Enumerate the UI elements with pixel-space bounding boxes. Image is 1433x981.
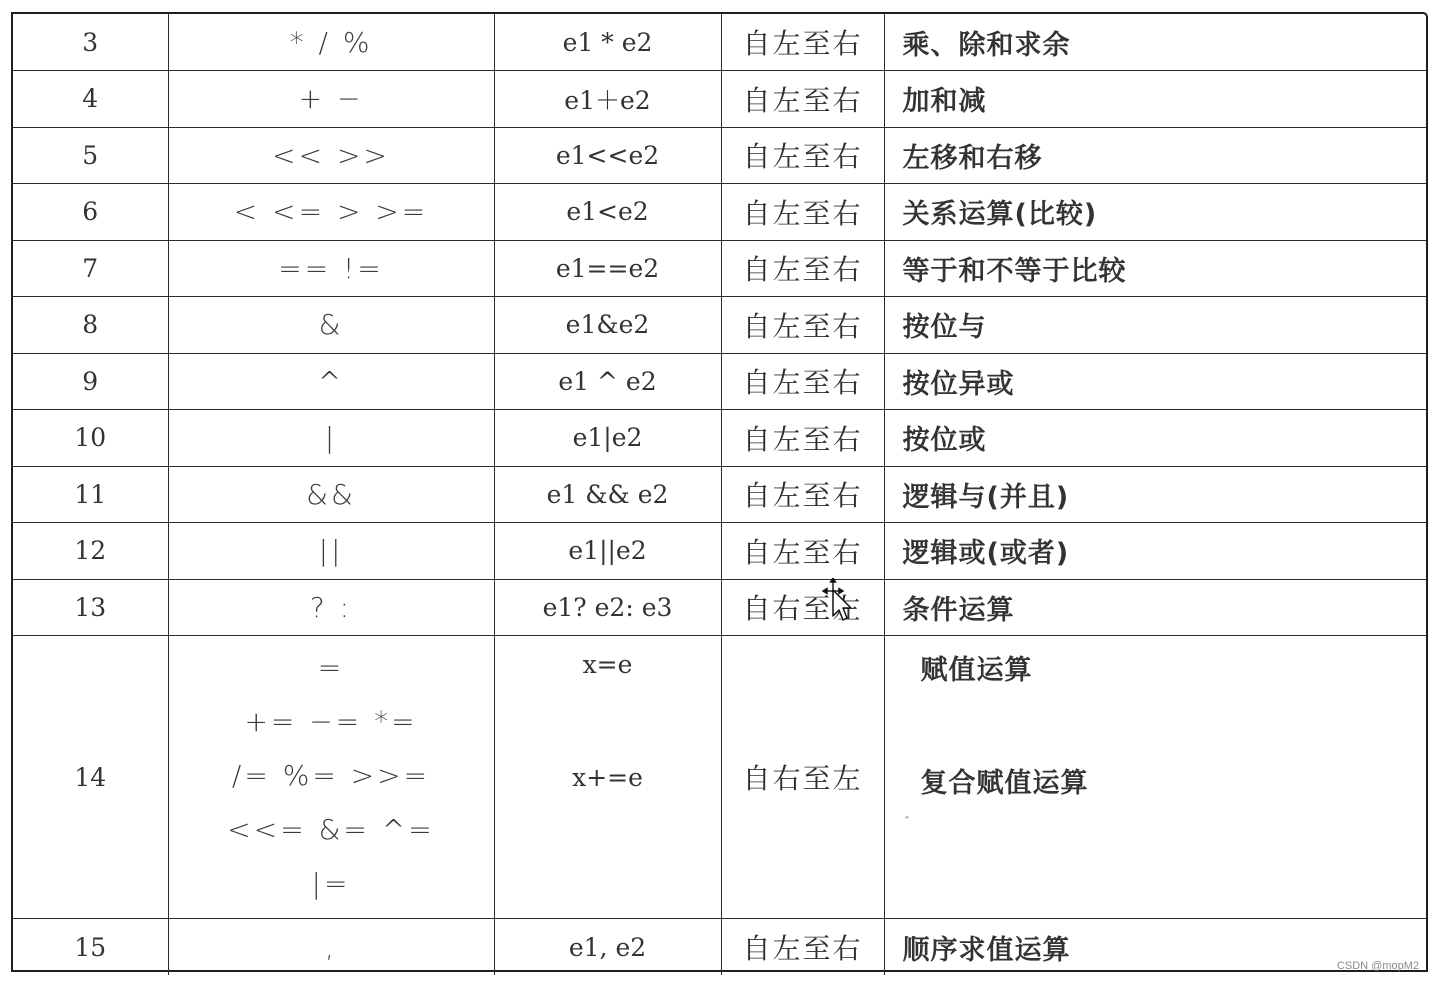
table-row: 15 , e1, e2 自左至右 顺序求值运算 <box>13 919 1426 976</box>
description-cell: 按位异或 <box>884 353 1426 410</box>
associativity-cell: 自左至右 <box>721 240 884 297</box>
description-cell: 左移和右移 <box>884 127 1426 184</box>
table-row: 8 & e1&e2 自左至右 按位与 <box>13 297 1426 354</box>
operator-cell: || <box>168 523 494 580</box>
associativity-cell: 自左至右 <box>721 71 884 128</box>
precedence-cell: 4 <box>13 71 168 128</box>
precedence-cell: 14 <box>13 636 168 919</box>
table-row: 13 ? : e1? e2: e3 自右至左 条件运算 <box>13 579 1426 636</box>
description-cell: 条件运算 <box>884 579 1426 636</box>
precedence-cell: 12 <box>13 523 168 580</box>
example-line: x+=e <box>495 763 721 792</box>
operator-cell: && <box>168 466 494 523</box>
table-row-assignment: 14 = += −= *= /= %= >>= <<= &= ^= |= x=e… <box>13 636 1426 919</box>
table-row: 10 | e1|e2 自左至右 按位或 <box>13 410 1426 467</box>
precedence-cell: 11 <box>13 466 168 523</box>
table-row: 4 + − e1＋e2 自左至右 加和减 <box>13 71 1426 128</box>
operator-cell-multiline: = += −= *= /= %= >>= <<= &= ^= |= <box>168 636 494 919</box>
associativity-cell: 自右至左 <box>721 636 884 919</box>
operator-cell: ? : <box>168 579 494 636</box>
example-cell: e1? e2: e3 <box>494 579 721 636</box>
description-cell: 按位或 <box>884 410 1426 467</box>
example-cell: e1 ^ e2 <box>494 353 721 410</box>
operator-cell: & <box>168 297 494 354</box>
operator-precedence-table: 3 * / % e1 * e2 自左至右 乘、除和求余 4 + − e1＋e2 … <box>11 12 1428 972</box>
operator-cell: * / % <box>168 14 494 71</box>
description-line: 复合赋值运算 <box>921 761 1089 800</box>
table-row: 12 || e1||e2 自左至右 逻辑或(或者) <box>13 523 1426 580</box>
example-cell: e1==e2 <box>494 240 721 297</box>
table-row: 5 << >> e1<<e2 自左至右 左移和右移 <box>13 127 1426 184</box>
description-cell: 逻辑或(或者) <box>884 523 1426 580</box>
associativity-cell: 自左至右 <box>721 523 884 580</box>
operator-line: |= <box>312 867 351 900</box>
stray-mark: ˆ <box>904 815 910 829</box>
precedence-cell: 15 <box>13 919 168 976</box>
operator-line: <<= &= ^= <box>227 813 434 846</box>
associativity-cell: 自左至右 <box>721 127 884 184</box>
precedence-cell: 6 <box>13 184 168 241</box>
description-line: 赋值运算 <box>921 648 1033 687</box>
associativity-cell: 自左至右 <box>721 353 884 410</box>
description-cell: 关系运算(比较) <box>884 184 1426 241</box>
description-cell: 逻辑与(并且) <box>884 466 1426 523</box>
associativity-cell: 自左至右 <box>721 184 884 241</box>
table-row: 11 && e1 && e2 自左至右 逻辑与(并且) <box>13 466 1426 523</box>
table-row: 6 < <= > >= e1<e2 自左至右 关系运算(比较) <box>13 184 1426 241</box>
precedence-cell: 13 <box>13 579 168 636</box>
example-line: x=e <box>495 650 721 679</box>
example-cell: e1 && e2 <box>494 466 721 523</box>
precedence-cell: 7 <box>13 240 168 297</box>
example-cell: e1&e2 <box>494 297 721 354</box>
precedence-cell: 5 <box>13 127 168 184</box>
associativity-cell: 自左至右 <box>721 410 884 467</box>
example-cell: e1<e2 <box>494 184 721 241</box>
operator-cell: + − <box>168 71 494 128</box>
table-row: 7 == != e1==e2 自左至右 等于和不等于比较 <box>13 240 1426 297</box>
table-row: 9 ^ e1 ^ e2 自左至右 按位异或 <box>13 353 1426 410</box>
example-cell-multiline: x=e x+=e <box>494 636 721 919</box>
description-cell: 等于和不等于比较 <box>884 240 1426 297</box>
example-cell: e1 * e2 <box>494 14 721 71</box>
operator-cell: ^ <box>168 353 494 410</box>
example-cell: e1, e2 <box>494 919 721 976</box>
associativity-cell: 自右至左 <box>721 579 884 636</box>
table-row: 3 * / % e1 * e2 自左至右 乘、除和求余 <box>13 14 1426 71</box>
description-cell-multiline: 赋值运算 复合赋值运算 <box>884 636 1426 919</box>
precedence-cell: 8 <box>13 297 168 354</box>
example-cell: e1|e2 <box>494 410 721 467</box>
operator-lines: = += −= *= /= %= >>= <<= &= ^= |= <box>169 636 494 918</box>
operator-line: /= %= >>= <box>232 759 430 792</box>
description-cell: 加和减 <box>884 71 1426 128</box>
associativity-cell: 自左至右 <box>721 466 884 523</box>
operator-cell: < <= > >= <box>168 184 494 241</box>
watermark: CSDN @mopM2 <box>1337 960 1419 972</box>
precedence-cell: 10 <box>13 410 168 467</box>
operator-cell: | <box>168 410 494 467</box>
precedence-cell: 3 <box>13 14 168 71</box>
associativity-cell: 自左至右 <box>721 14 884 71</box>
move-cursor-icon <box>822 578 852 624</box>
operator-cell: == != <box>168 240 494 297</box>
description-cell: 乘、除和求余 <box>884 14 1426 71</box>
associativity-cell: 自左至右 <box>721 297 884 354</box>
example-cell: e1＋e2 <box>494 71 721 128</box>
precedence-cell: 9 <box>13 353 168 410</box>
operator-line: = <box>318 651 344 684</box>
example-cell: e1<<e2 <box>494 127 721 184</box>
example-cell: e1||e2 <box>494 523 721 580</box>
associativity-cell: 自左至右 <box>721 919 884 976</box>
operator-cell: , <box>168 919 494 976</box>
operator-line: += −= *= <box>244 705 417 738</box>
description-cell: 按位与 <box>884 297 1426 354</box>
operator-cell: << >> <box>168 127 494 184</box>
